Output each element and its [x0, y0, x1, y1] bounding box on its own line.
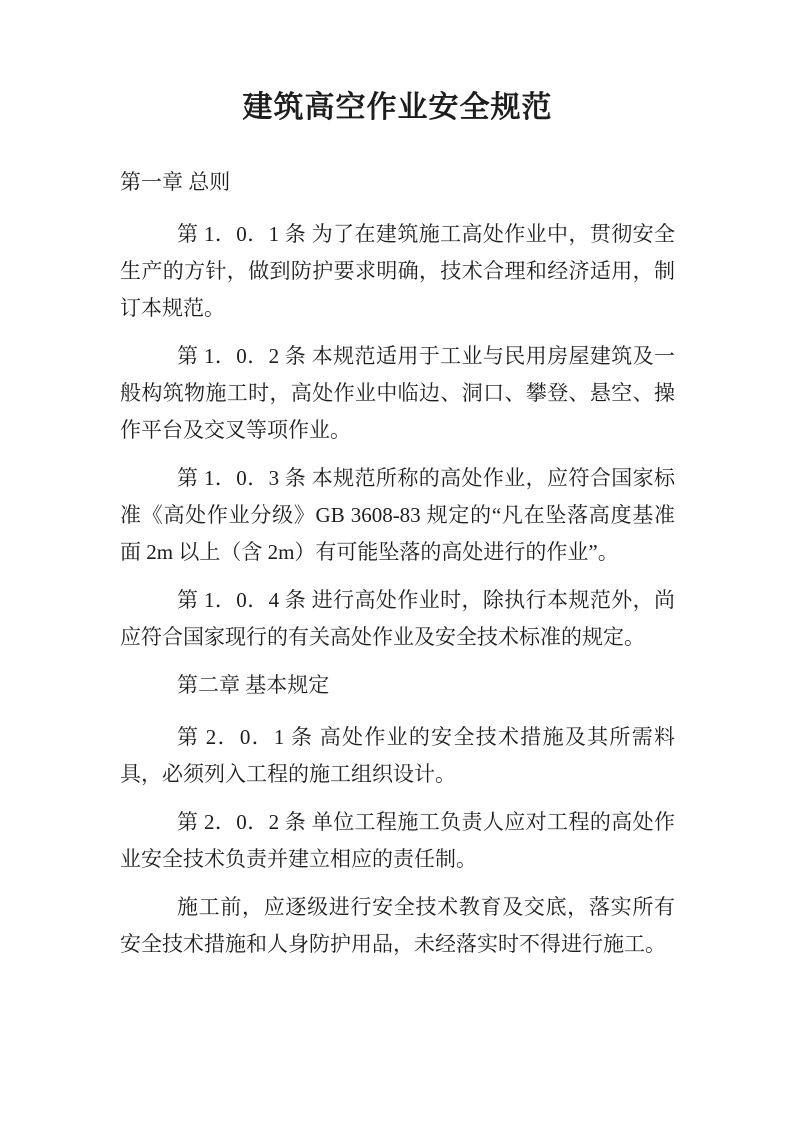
document-title: 建筑高空作业安全规范 [120, 86, 675, 130]
chapter-1-heading: 第一章 总则 [120, 164, 675, 201]
chapter-2-heading: 第二章 基本规定 [120, 667, 675, 704]
article-2-0-2-continuation: 施工前，应逐级进行安全技术教育及交底，落实所有安全技术措施和人身防护用品，未经落… [120, 889, 675, 963]
article-1-0-1: 第 1．0．1 条 为了在建筑施工高处作业中，贯彻安全生产的方针，做到防护要求明… [120, 216, 675, 327]
article-1-0-3: 第 1．0．3 条 本规范所称的高处作业，应符合国家标准《高处作业分级》GB 3… [120, 460, 675, 571]
article-2-0-2: 第 2．0．2 条 单位工程施工负责人应对工程的高处作业安全技术负责并建立相应的… [120, 804, 675, 878]
article-1-0-4: 第 1．0．4 条 进行高处作业时，除执行本规范外，尚应符合国家现行的有关高处作… [120, 582, 675, 656]
article-2-0-1: 第 2．0．1 条 高处作业的安全技术措施及其所需料具，必须列入工程的施工组织设… [120, 719, 675, 793]
document-content: 建筑高空作业安全规范 第一章 总则 第 1．0．1 条 为了在建筑施工高处作业中… [120, 86, 675, 974]
document-page: 建筑高空作业安全规范 第一章 总则 第 1．0．1 条 为了在建筑施工高处作业中… [0, 0, 793, 1122]
article-1-0-2: 第 1．0．2 条 本规范适用于工业与民用房屋建筑及一般构筑物施工时，高处作业中… [120, 338, 675, 449]
